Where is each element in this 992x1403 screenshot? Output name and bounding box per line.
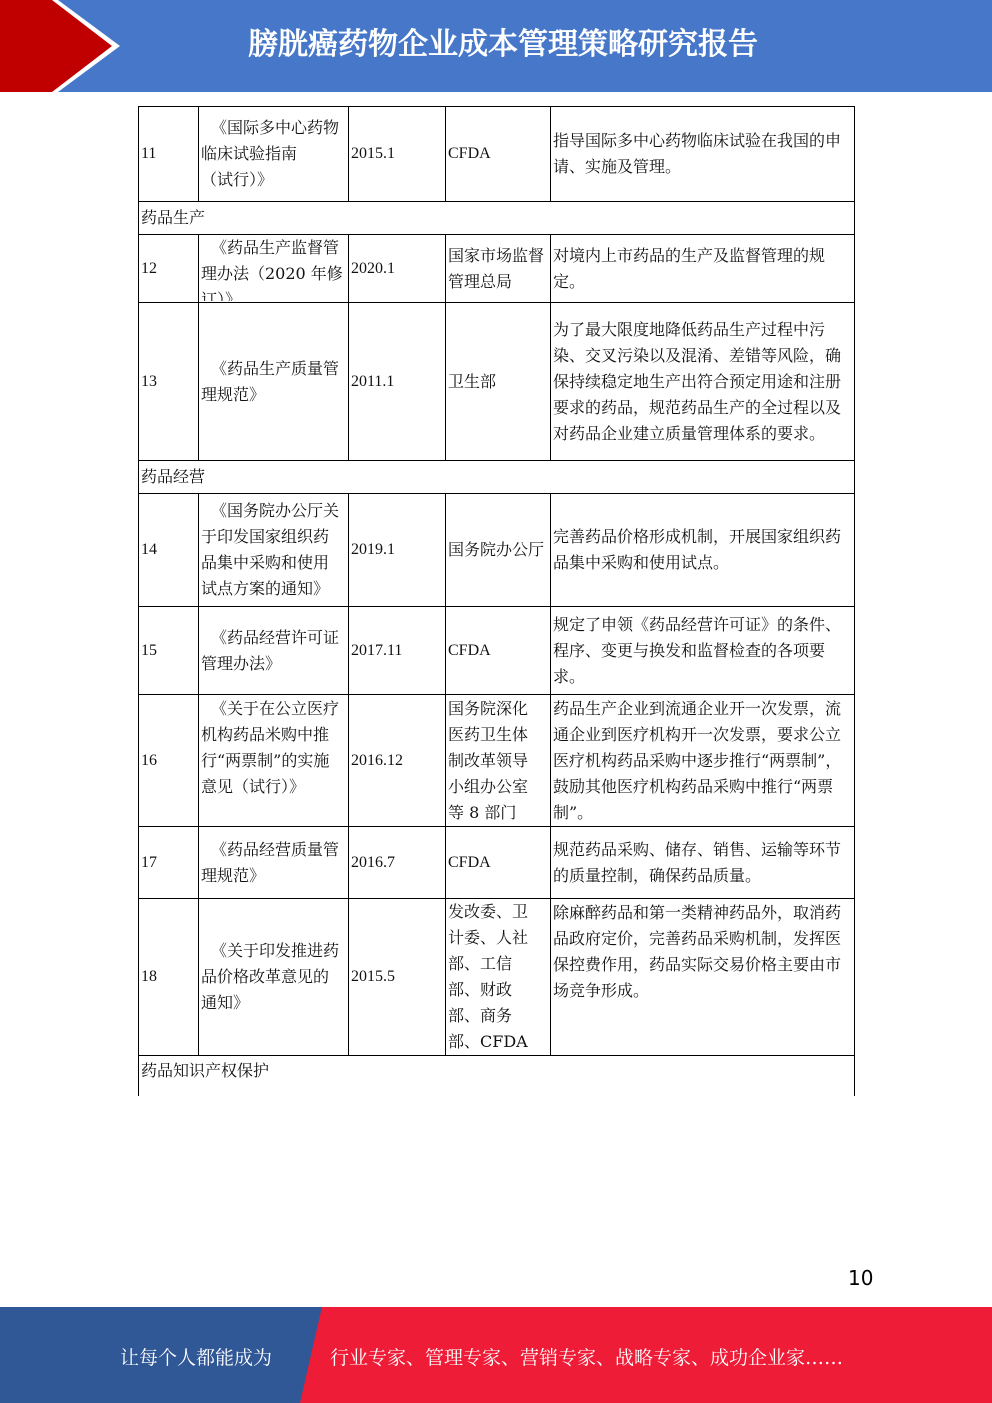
issue-date: 2017.11 bbox=[349, 607, 446, 695]
issue-date: 2019.1 bbox=[349, 494, 446, 607]
section-row: 药品经营 bbox=[139, 461, 855, 494]
regulation-name: 《关于印发推进药 品价格改革意见的 通知》 bbox=[199, 899, 349, 1056]
description: 完善药品价格形成机制，开展国家组织药品集中采购和使用试点。 bbox=[551, 494, 855, 607]
table-row: 17 《药品经营质量管 理规范》 2016.7 CFDA 规范药品采购、储存、销… bbox=[139, 827, 855, 899]
section-row: 药品知识产权保护 bbox=[139, 1056, 855, 1097]
regulation-name: 《药品经营许可证 管理办法》 bbox=[199, 607, 349, 695]
regulation-name: 《药品生产监督管 理办法（2020 年修 订）》 bbox=[199, 235, 349, 303]
regulation-name: 《国务院办公厅关 于印发国家组织药 品集中采购和使用 试点方案的通知》 bbox=[199, 494, 349, 607]
description: 规范药品采购、储存、销售、运输等环节的质量控制，确保药品质量。 bbox=[551, 827, 855, 899]
row-index: 11 bbox=[139, 107, 199, 202]
report-header: 膀胱癌药物企业成本管理策略研究报告 bbox=[0, 0, 992, 92]
description: 药品生产企业到流通企业开一次发票，流通企业到医疗机构开一次发票，要求公立医疗机构… bbox=[551, 695, 855, 827]
issue-date: 2020.1 bbox=[349, 235, 446, 303]
policy-table: 11 《国际多中心药物 临床试验指南 （试行）》 2015.1 CFDA 指导国… bbox=[138, 106, 854, 1096]
description: 指导国际多中心药物临床试验在我国的申请、实施及管理。 bbox=[551, 107, 855, 202]
section-label: 药品生产 bbox=[139, 202, 855, 235]
issuer: 国务院办公厅 bbox=[446, 494, 551, 607]
description: 规定了申领《药品经营许可证》的条件、程序、变更与换发和监督检查的各项要求。 bbox=[551, 607, 855, 695]
issuer: CFDA bbox=[446, 107, 551, 202]
issue-date: 2016.12 bbox=[349, 695, 446, 827]
row-index: 12 bbox=[139, 235, 199, 303]
issue-date: 2015.1 bbox=[349, 107, 446, 202]
section-label: 药品经营 bbox=[139, 461, 855, 494]
row-index: 13 bbox=[139, 303, 199, 461]
issuer: CFDA bbox=[446, 827, 551, 899]
issue-date: 2015.5 bbox=[349, 899, 446, 1056]
report-title: 膀胱癌药物企业成本管理策略研究报告 bbox=[248, 22, 758, 68]
issuer: CFDA bbox=[446, 607, 551, 695]
row-index: 17 bbox=[139, 827, 199, 899]
issuer: 国务院深化 医药卫生体 制改革领导 小组办公室 等 8 部门 bbox=[446, 695, 551, 827]
issuer: 发改委、卫 计委、人社 部、工信 部、财政 部、商务 部、CFDA bbox=[446, 899, 551, 1056]
issue-date: 2016.7 bbox=[349, 827, 446, 899]
row-index: 18 bbox=[139, 899, 199, 1056]
section-label: 药品知识产权保护 bbox=[139, 1056, 855, 1097]
row-index: 15 bbox=[139, 607, 199, 695]
table-row: 18 《关于印发推进药 品价格改革意见的 通知》 2015.5 发改委、卫 计委… bbox=[139, 899, 855, 1056]
description: 对境内上市药品的生产及监督管理的规定。 bbox=[551, 235, 855, 303]
description: 为了最大限度地降低药品生产过程中污染、交叉污染以及混淆、差错等风险，确保持续稳定… bbox=[551, 303, 855, 461]
issuer: 国家市场监督管理总局 bbox=[446, 235, 551, 303]
description: 除麻醉药品和第一类精神药品外，取消药品政府定价，完善药品采购机制，发挥医保控费作… bbox=[551, 899, 855, 1056]
table-row: 16 《关于在公立医疗 机构药品米购中推 行“两票制”的实施 意见（试行）》 2… bbox=[139, 695, 855, 827]
table-row: 14 《国务院办公厅关 于印发国家组织药 品集中采购和使用 试点方案的通知》 2… bbox=[139, 494, 855, 607]
row-index: 14 bbox=[139, 494, 199, 607]
row-index: 16 bbox=[139, 695, 199, 827]
footer-slogan-right: 行业专家、管理专家、营销专家、战略专家、成功企业家…… bbox=[330, 1343, 843, 1370]
issuer: 卫生部 bbox=[446, 303, 551, 461]
table-row: 15 《药品经营许可证 管理办法》 2017.11 CFDA 规定了申领《药品经… bbox=[139, 607, 855, 695]
page-number: 10 bbox=[848, 1266, 873, 1290]
regulation-name: 《关于在公立医疗 机构药品米购中推 行“两票制”的实施 意见（试行）》 bbox=[199, 695, 349, 827]
section-row: 药品生产 bbox=[139, 202, 855, 235]
regulation-name: 《药品经营质量管 理规范》 bbox=[199, 827, 349, 899]
table-row: 13 《药品生产质量管 理规范》 2011.1 卫生部 为了最大限度地降低药品生… bbox=[139, 303, 855, 461]
table-row: 12 《药品生产监督管 理办法（2020 年修 订）》 2020.1 国家市场监… bbox=[139, 235, 855, 303]
issue-date: 2011.1 bbox=[349, 303, 446, 461]
footer-slogan-left: 让每个人都能成为 bbox=[120, 1343, 272, 1370]
regulation-name: 《药品生产质量管 理规范》 bbox=[199, 303, 349, 461]
regulation-name: 《国际多中心药物 临床试验指南 （试行）》 bbox=[199, 107, 349, 202]
footer-banner: 让每个人都能成为 行业专家、管理专家、营销专家、战略专家、成功企业家…… bbox=[0, 1307, 992, 1403]
table-row: 11 《国际多中心药物 临床试验指南 （试行）》 2015.1 CFDA 指导国… bbox=[139, 107, 855, 202]
